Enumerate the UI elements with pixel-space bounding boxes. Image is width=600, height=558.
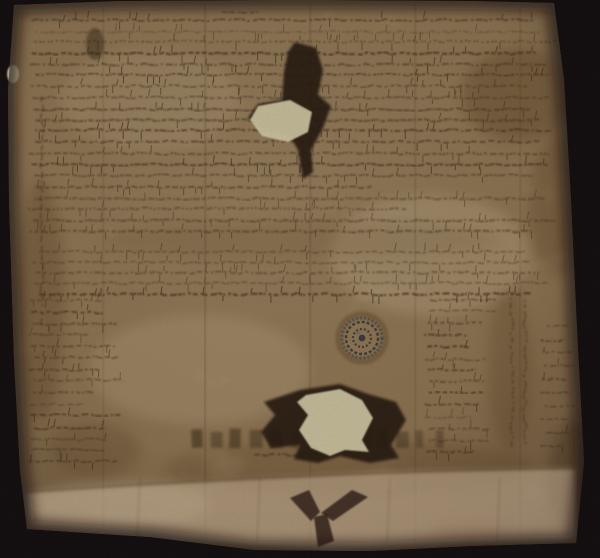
manuscript-svg — [0, 0, 600, 558]
manuscript-photo — [0, 0, 600, 558]
photo-grain — [0, 0, 600, 558]
